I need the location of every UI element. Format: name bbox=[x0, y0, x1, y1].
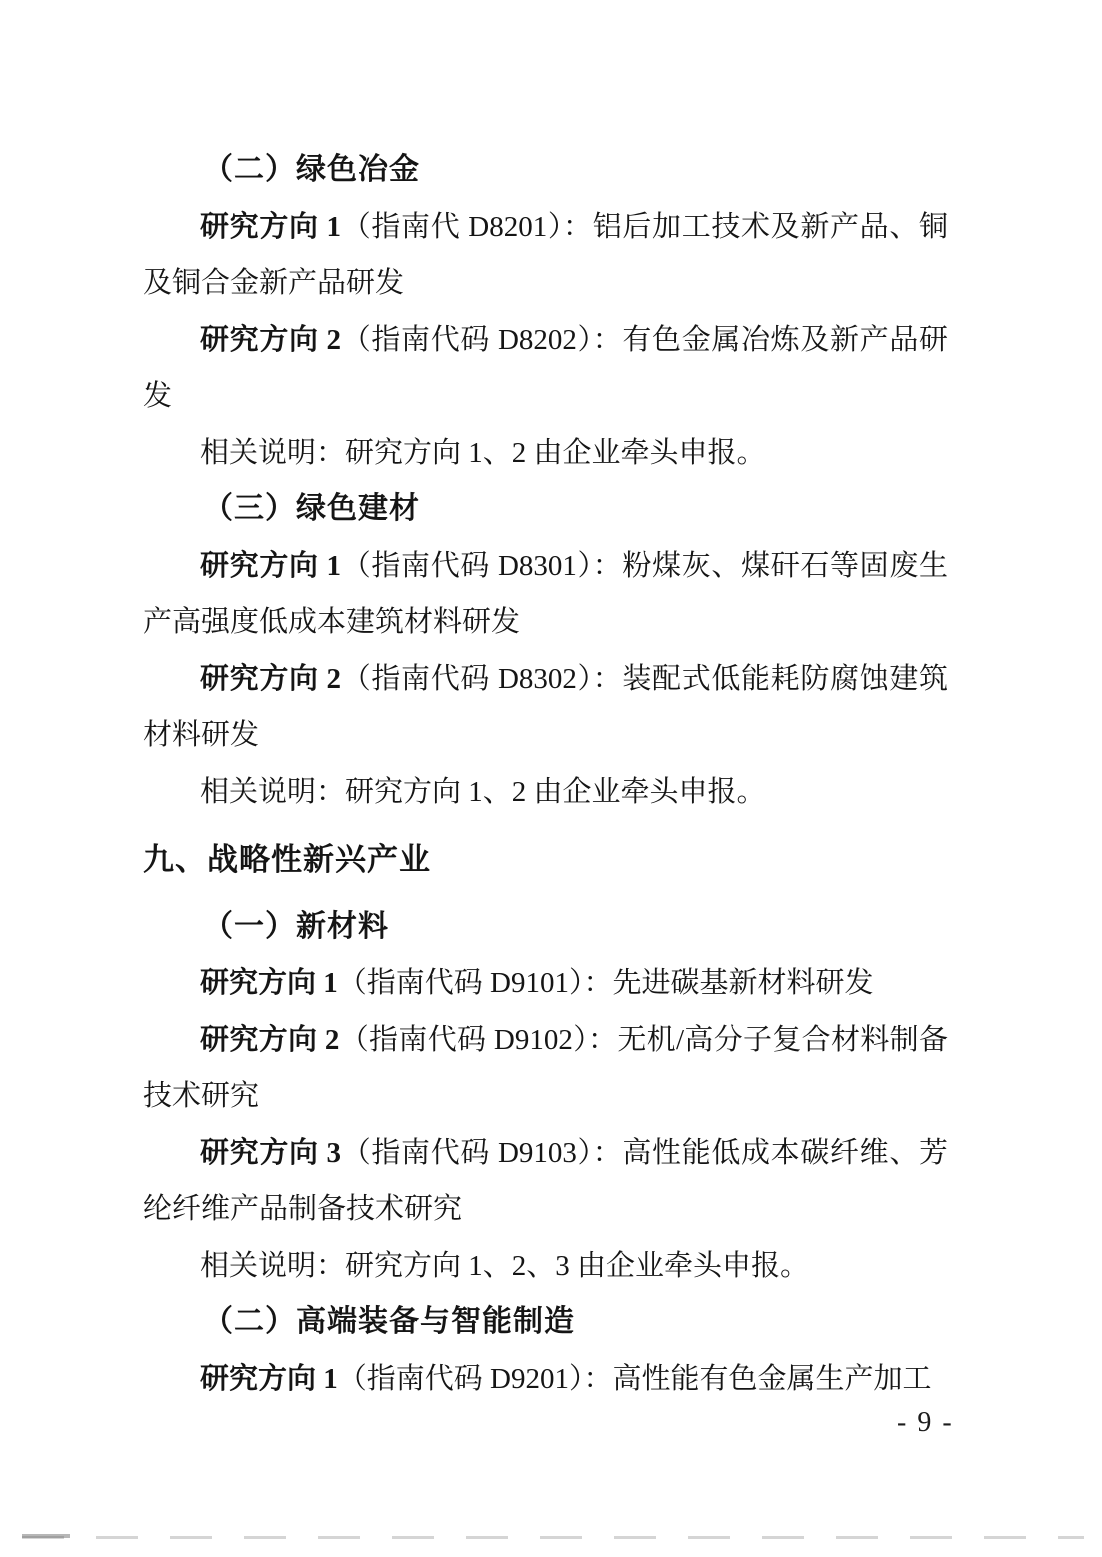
run-text: 相关说明：研究方向 1、2 由企业牵头申报。 bbox=[200, 776, 766, 808]
research-direction-d8301: 研究方向 1（指南代码 D8301）：粉煤灰、煤矸石等固废生产高强度低成本建筑材… bbox=[143, 538, 948, 651]
scan-artifact-line bbox=[22, 1536, 1084, 1539]
note-application-requirement: 相关说明：研究方向 1、2 由企业牵头申报。 bbox=[143, 764, 948, 821]
research-direction-d8201: 研究方向 1（指南代 D8201）：铝后加工技术及新产品、铜及铜合金新产品研发 bbox=[143, 199, 948, 312]
section-heading-green-metallurgy: （二）绿色冶金 bbox=[143, 142, 948, 199]
run-emphasis: 研究方向 2 bbox=[200, 663, 341, 695]
run-text: （指南代码 D9201）：高性能有色金属生产加工 bbox=[338, 1363, 932, 1395]
document-page: （二）绿色冶金 研究方向 1（指南代 D8201）：铝后加工技术及新产品、铜及铜… bbox=[0, 0, 1102, 1557]
chapter-heading-strategic-emerging-industries: 九、战略性新兴产业 bbox=[143, 832, 948, 889]
run-emphasis: 研究方向 3 bbox=[200, 1137, 341, 1169]
research-direction-d9201: 研究方向 1（指南代码 D9201）：高性能有色金属生产加工 bbox=[143, 1351, 948, 1408]
heading-text: 九、战略性新兴产业 bbox=[143, 842, 431, 877]
run-emphasis: 研究方向 1 bbox=[200, 211, 341, 243]
section-heading-new-materials: （一）新材料 bbox=[143, 899, 948, 956]
run-text: 相关说明：研究方向 1、2、3 由企业牵头申报。 bbox=[200, 1250, 809, 1282]
run-emphasis: 研究方向 1 bbox=[200, 550, 341, 582]
research-direction-d8202: 研究方向 2（指南代码 D8202）：有色金属冶炼及新产品研发 bbox=[143, 312, 948, 425]
heading-text: （二）绿色冶金 bbox=[203, 153, 420, 186]
run-emphasis: 研究方向 1 bbox=[200, 967, 338, 999]
research-direction-d9101: 研究方向 1（指南代码 D9101）：先进碳基新材料研发 bbox=[143, 955, 948, 1012]
run-text: 相关说明：研究方向 1、2 由企业牵头申报。 bbox=[200, 437, 766, 469]
note-application-requirement: 相关说明：研究方向 1、2、3 由企业牵头申报。 bbox=[143, 1238, 948, 1295]
heading-text: （二）高端装备与智能制造 bbox=[203, 1305, 575, 1338]
document-body: （二）绿色冶金 研究方向 1（指南代 D8201）：铝后加工技术及新产品、铜及铜… bbox=[143, 142, 948, 1407]
research-direction-d9103: 研究方向 3（指南代码 D9103）：高性能低成本碳纤维、芳纶纤维产品制备技术研… bbox=[143, 1125, 948, 1238]
run-emphasis: 研究方向 1 bbox=[200, 1363, 338, 1395]
heading-text: （一）新材料 bbox=[203, 910, 389, 943]
page-number: - 9 - bbox=[897, 1407, 954, 1439]
section-heading-high-end-equipment-smart-manufacturing: （二）高端装备与智能制造 bbox=[143, 1294, 948, 1351]
run-text: （指南代码 D9101）：先进碳基新材料研发 bbox=[338, 967, 874, 999]
scan-artifact-dash bbox=[22, 1534, 70, 1538]
run-emphasis: 研究方向 2 bbox=[200, 1024, 339, 1056]
research-direction-d9102: 研究方向 2（指南代码 D9102）：无机/高分子复合材料制备技术研究 bbox=[143, 1012, 948, 1125]
run-emphasis: 研究方向 2 bbox=[200, 324, 341, 356]
heading-text: （三）绿色建材 bbox=[203, 492, 420, 525]
section-heading-green-building-materials: （三）绿色建材 bbox=[143, 481, 948, 538]
research-direction-d8302: 研究方向 2（指南代码 D8302）：装配式低能耗防腐蚀建筑材料研发 bbox=[143, 651, 948, 764]
note-application-requirement: 相关说明：研究方向 1、2 由企业牵头申报。 bbox=[143, 425, 948, 482]
